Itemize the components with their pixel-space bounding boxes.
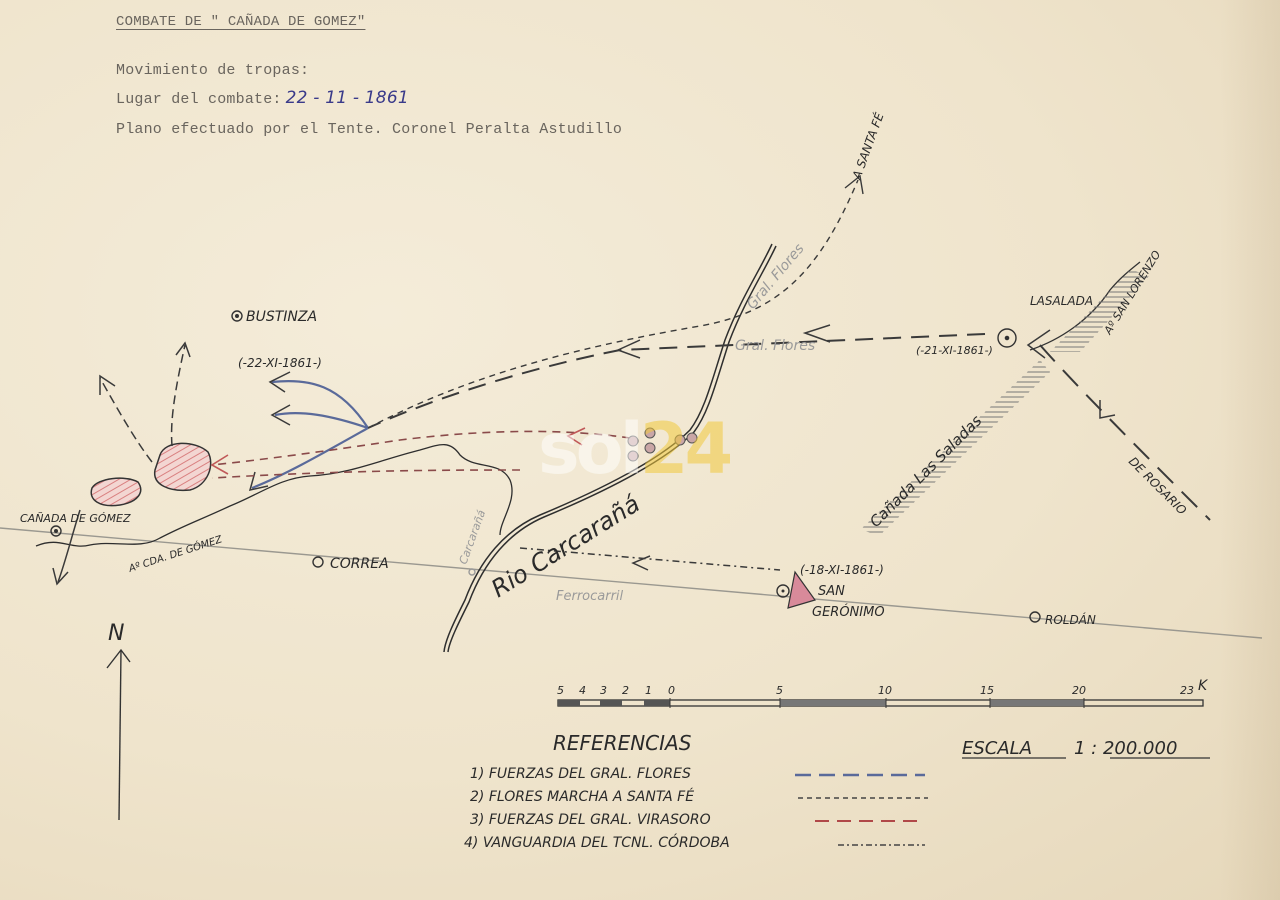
map-sheet: COMBATE DE " CAÑADA DE GOMEZ" Movimiento… [0, 0, 1280, 900]
legend-item-1: 1) FUERZAS DEL GRAL. FLORES [470, 766, 691, 782]
legend-item-2: 2) FLORES MARCHA A SANTA FÉ [470, 788, 694, 805]
legend-item-3: 3) FUERZAS DEL GRAL. VIRASORO [470, 812, 711, 828]
svg-text:15: 15 [980, 684, 994, 697]
svg-text:10: 10 [878, 684, 892, 697]
svg-text:K: K [1198, 678, 1209, 694]
label-arroyo: Aº CDA. DE GÓMEZ [126, 532, 225, 575]
scale-bar [558, 698, 1203, 708]
label-roldan: ROLDÁN [1045, 612, 1096, 627]
date-21-xi-1861: (-21-XI-1861-) [916, 344, 993, 357]
label-ferrocarril: Ferrocarril [556, 589, 624, 604]
legend-item-4: 4) VANGUARDIA DEL TCNL. CÓRDOBA [464, 833, 730, 851]
svg-text:23: 23 [1180, 684, 1194, 697]
label-canada-de-gomez: CAÑADA DE GÓMEZ [20, 512, 131, 525]
date-18-xi-1861: (-18-XI-1861-) [800, 563, 884, 577]
date-22-xi-1861: (-22-XI-1861-) [238, 356, 322, 370]
label-gral-flores-2: Gral. Flores [735, 338, 815, 354]
svg-text:2: 2 [622, 684, 629, 697]
label-san: SAN [818, 584, 845, 599]
label-gral-flores-1: Gral. Flores [744, 241, 808, 313]
svg-text:5: 5 [776, 684, 783, 697]
north-arrow-icon [107, 650, 130, 820]
label-bustinza: BUSTINZA [246, 309, 317, 325]
svg-text:3: 3 [600, 684, 607, 697]
label-a-santa-fe: A SANTA FÉ [848, 110, 886, 182]
san-geronimo-marker [777, 572, 815, 608]
scale-ratio: 1 : 200.000 [1074, 738, 1177, 759]
label-canada-las-saladas: Cañada Las Saladas [866, 411, 985, 530]
legend-title: REFERENCIAS [553, 731, 692, 755]
label-correa: CORREA [330, 556, 389, 572]
svg-text:4: 4 [579, 684, 586, 697]
svg-text:0: 0 [668, 684, 675, 697]
svg-text:1: 1 [645, 684, 652, 697]
scale-bar-ticks: 5 4 3 2 1 0 5 10 15 20 23 K [557, 678, 1209, 697]
label-las-saladas-point: LASALADA [1030, 294, 1093, 308]
flores-santa-fe-route [368, 180, 858, 428]
label-de-rosario: DE ROSARIO [1126, 454, 1189, 517]
scale-label: ESCALA [962, 738, 1032, 759]
watermark-logo: sol24 [538, 408, 729, 490]
label-carcarana-town: Carcarañá [457, 508, 489, 566]
label-san-geronimo: SAN [818, 584, 845, 599]
flores-route [252, 334, 1210, 520]
svg-text:5: 5 [557, 684, 564, 697]
battle-zones [91, 443, 210, 505]
north-label: N [108, 621, 124, 646]
label-rio-carcarana: Rio Carcarañá [486, 490, 644, 604]
label-geronimo: GERÓNIMO [812, 604, 885, 620]
svg-text:20: 20 [1072, 684, 1086, 697]
legend: REFERENCIAS 1) FUERZAS DEL GRAL. FLORES … [464, 731, 928, 851]
